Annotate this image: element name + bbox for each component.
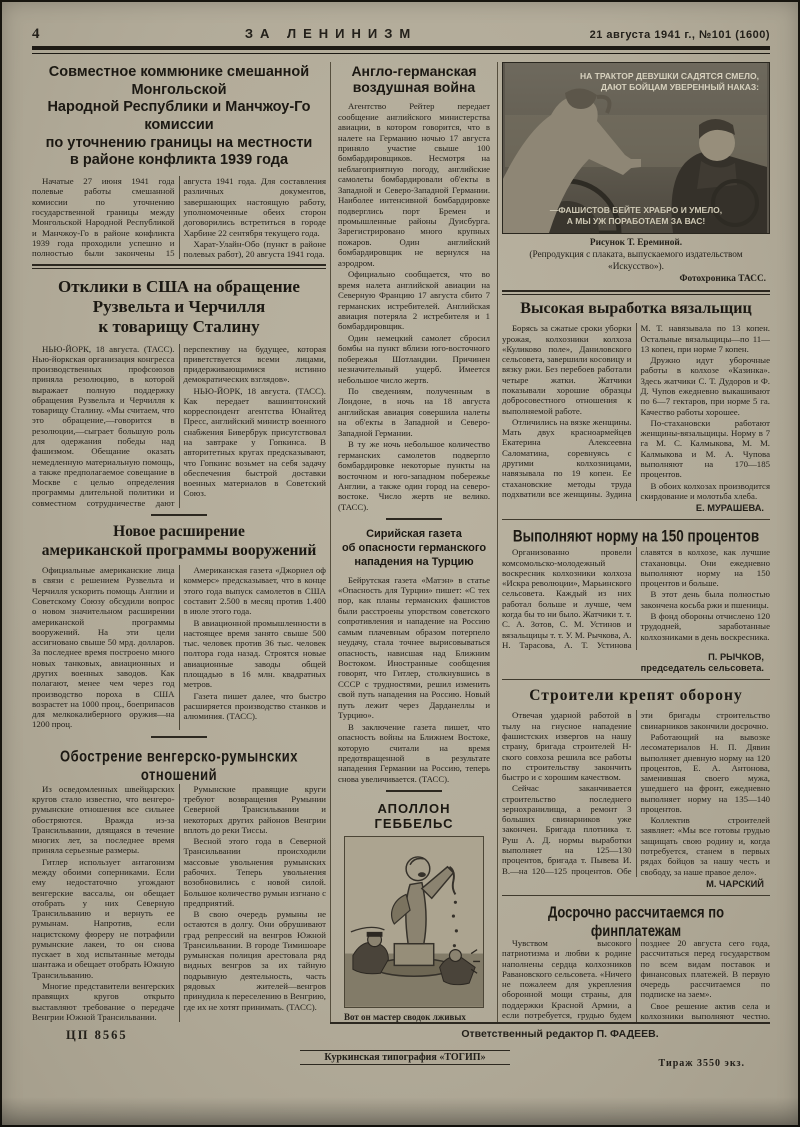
masthead-title: ЗА ЛЕНИНИЗМ [122, 26, 540, 41]
divider-rule [386, 790, 442, 792]
paragraph: В ту же ночь небольшое количество герман… [338, 439, 490, 512]
poster-slogan-bottom-line1: —ФАШИСТОВ БЕЙТЕ ХРАБРО И УМЕЛО, [550, 204, 722, 215]
poster-caption: Рисунок Т. Ереминой. (Репродукция с плак… [502, 237, 770, 285]
issue-date: 21 августа 1941 г., №101 (1600) [540, 29, 770, 41]
paragraph: Борясь за сжатые сроки уборки урожая, ко… [502, 323, 632, 416]
article-title: Высокая выработка вязальщиц [502, 300, 770, 318]
paragraph: Многие представители венгерских правящих… [32, 981, 175, 1022]
paragraph: В заключение газета пишет, что опасность… [338, 722, 490, 785]
page-header: 4 ЗА ЛЕНИНИЗМ 21 августа 1941 г., №101 (… [32, 26, 770, 43]
divider-rule [151, 514, 207, 516]
article-body: Бейрутская газета «Матэн» в статье «Опас… [338, 575, 490, 785]
paragraph: НЬЮ-ЙОРК, 18 августа. (ТАСС). Как переда… [184, 386, 327, 499]
paragraph: В фонд обороны отчислено 120 трудодней, … [641, 611, 771, 642]
column-left: Совместное коммюнике смешанной Монгольск… [32, 62, 326, 1024]
article-title: Выполняют норму на 150 процентов [502, 527, 770, 545]
paragraph: Газета пишет далее, что быстро расширяет… [184, 691, 327, 722]
paragraph: Из осведомленных швейцарских кругов стал… [32, 784, 175, 856]
poster-caption-source: (Репродукция с плаката, выпускаемого изд… [502, 249, 770, 273]
cartoon-section: АПОЛЛОН ГЕББЕЛЬС [338, 801, 490, 1024]
poster-caption-artist: Рисунок Т. Ереминой. [502, 237, 770, 249]
poster-slogan-top-line2: ДАЮТ БОЙЦАМ УВЕРЕННЫЙ НАКАЗ: [601, 81, 759, 92]
divider-rule [502, 290, 770, 295]
poster-slogan-bottom-line2: А МЫ УЖ ПОРАБОТАЕМ ЗА ВАС! [567, 216, 706, 226]
poster-slogan-top-line1: НА ТРАКТОР ДЕВУШКИ САДЯТСЯ СМЕЛО, [580, 71, 759, 81]
page-content: 4 ЗА ЛЕНИНИЗМ 21 августа 1941 г., №101 (… [32, 26, 770, 1024]
article-title: Англо-германская воздушная война [338, 63, 490, 95]
article-body: НЬЮ-ЙОРК, 18 августа. (ТАСС). Нью-йоркск… [32, 344, 326, 509]
poster-caption-credit: Фотохроника ТАСС. [502, 273, 770, 285]
divider-rule [151, 736, 207, 738]
article-knitters: Высокая выработка вязальщиц Борясь за сж… [502, 300, 770, 514]
paragraph: В обоих колхозах производится скирдовани… [641, 481, 771, 502]
article-title: Отклики в США на обращение Рузвельта и Ч… [32, 277, 326, 337]
column-middle: Англо-германская воздушная война Агентст… [330, 62, 498, 1024]
caricature-drawing [345, 837, 483, 1007]
paragraph: Дружно идут уборочные работы в колхозе «… [641, 355, 771, 417]
article-signature: Е. МУРАШЕВА. [502, 503, 764, 514]
paragraph: Свое решение актив села и колхозники вып… [641, 1001, 771, 1024]
column-right: НА ТРАКТОР ДЕВУШКИ САДЯТСЯ СМЕЛО, ДАЮТ Б… [502, 62, 770, 1024]
circulation-note: Тираж 3550 экз. [659, 1058, 745, 1069]
article-syrian-paper: Сирийская газета об опасности германског… [338, 528, 490, 784]
censor-imprint: ЦП 8565 [66, 1028, 128, 1043]
article-body: Агентство Рейтер передает сообщение англ… [338, 101, 490, 512]
article-us-armaments: Новое расширение американской программы … [32, 523, 326, 730]
paragraph: Отвечая ударной работой в тылу на гнусно… [502, 710, 632, 782]
newspaper-page: 4 ЗА ЛЕНИНИЗМ 21 августа 1941 г., №101 (… [0, 0, 800, 1127]
article-fin-payments: Досрочно рассчитаемся по финплатежам Чув… [502, 903, 770, 1024]
divider-rule [386, 518, 442, 520]
paragraph: В этот день была полностью закончена кос… [641, 589, 771, 610]
footer-rule [330, 1022, 770, 1024]
paragraph: Официально сообщается, что во время нале… [338, 269, 490, 332]
paragraph: Работающий на вывозке лесоматериалов Н. … [641, 732, 771, 814]
editor-credit: Ответственный редактор П. ФАДЕЕВ. [420, 1028, 700, 1040]
columns-container: Совместное коммюнике смешанной Монгольск… [32, 62, 770, 1024]
paragraph: Официальные американские лица в связи с … [32, 565, 175, 730]
divider-rule [502, 895, 770, 896]
article-title: Обострение венгерско-румынских отношений [32, 747, 326, 784]
article-signature: М. ЧАРСКИЙ [502, 879, 764, 890]
paragraph: Румынские правящие круги требуют возвращ… [184, 784, 327, 835]
article-title: Новое расширение американской программы … [32, 523, 326, 560]
article-hungary-romania: Обострение венгерско-румынских отношений… [32, 747, 326, 1022]
divider-rule [502, 679, 770, 680]
paragraph: Харат-Улайн-Обо (пункт в районе полевых … [184, 239, 327, 260]
article-mongolia-communique: Совместное коммюнике смешанной Монгольск… [32, 64, 326, 259]
page-number: 4 [32, 26, 122, 43]
paragraph: Агентство Рейтер передает сообщение англ… [338, 101, 490, 268]
article-usa-response: Отклики в США на обращение Рузвельта и Ч… [32, 277, 326, 508]
article-body: Официальные американские лица в связи с … [32, 565, 326, 730]
article-body: Чувством высокого патриотизма и любви к … [502, 938, 770, 1024]
divider-rule [32, 264, 326, 269]
divider-rule [502, 519, 770, 520]
paragraph: По-стахановски работают женщины-вязальщи… [641, 418, 771, 480]
article-title: Строители крепят оборону [502, 687, 770, 705]
goebbels-caricature-image [344, 836, 484, 1008]
article-body: Организованно провели комсомольско-молод… [502, 547, 770, 650]
article-air-war: Англо-германская воздушная война Агентст… [338, 63, 490, 512]
article-body: Начатые 27 июня 1941 года полевые работы… [32, 176, 326, 259]
paragraph: В свою очередь румыны не остаются в долг… [184, 909, 327, 1012]
article-title: Досрочно рассчитаемся по финплатежам [502, 903, 770, 940]
paragraph: Весной этого года в Северной Трансильван… [184, 836, 327, 908]
paragraph: В авиационной промышленности в настоящее… [184, 618, 327, 690]
paragraph: Американская газета «Джорнел оф коммерс»… [184, 565, 327, 616]
header-rule [32, 46, 770, 54]
paragraph: По сведениям, полученным в Лондоне, в но… [338, 386, 490, 438]
article-title: Сирийская газета об опасности германског… [338, 528, 490, 569]
paragraph: Чувством высокого патриотизма и любви к … [502, 938, 632, 1024]
paragraph: Один немецкий самолет сбросил бомбы на п… [338, 333, 490, 385]
article-body: Отвечая ударной работой в тылу на гнусно… [502, 710, 770, 877]
article-signature: П. РЫЧКОВ, председатель сельсовета. [502, 652, 764, 674]
poster-figure: НА ТРАКТОР ДЕВУШКИ САДЯТСЯ СМЕЛО, ДАЮТ Б… [502, 62, 770, 285]
article-title: Совместное коммюнике смешанной Монгольск… [32, 64, 326, 170]
article-builders: Строители крепят оборону Отвечая ударной… [502, 687, 770, 890]
poster-drawing: НА ТРАКТОР ДЕВУШКИ САДЯТСЯ СМЕЛО, ДАЮТ Б… [503, 63, 769, 233]
paragraph: Бейрутская газета «Матэн» в статье «Опас… [338, 575, 490, 721]
article-norm-150: Выполняют норму на 150 процентов Организ… [502, 527, 770, 674]
paragraph: Коллектив строителей заявляет: «Мы все г… [641, 815, 771, 877]
paragraph: Гитлер использует антагонизм между обоим… [32, 857, 175, 980]
article-body: Борясь за сжатые сроки уборки урожая, ко… [502, 323, 770, 501]
cartoon-title: АПОЛЛОН ГЕББЕЛЬС [338, 801, 490, 831]
printer-imprint: Куркинская типография «ТОГИП» [300, 1050, 510, 1065]
article-body: Из осведомленных швейцарских кругов стал… [32, 784, 326, 1022]
poster-photo: НА ТРАКТОР ДЕВУШКИ САДЯТСЯ СМЕЛО, ДАЮТ Б… [502, 62, 770, 234]
